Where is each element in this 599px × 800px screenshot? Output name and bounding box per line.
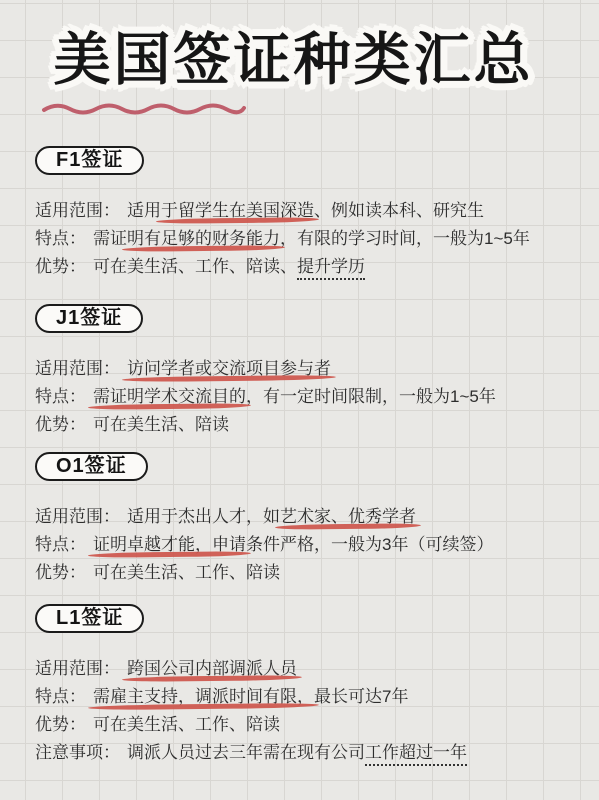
row-text: 调派人员过去三年需在现有公司 (127, 743, 365, 762)
info-row: 特点：需证明有足够的财务能力，有限的学习时间，一般为1~5年 (35, 225, 575, 253)
section-badge-l1: L1签证 (35, 604, 144, 633)
section-badge-j1: J1签证 (35, 304, 143, 333)
row-text: 需证 (93, 229, 127, 248)
section-badge-f1: F1签证 (35, 146, 144, 175)
info-row: 适用范围：访问学者或交流项目参与者 (35, 355, 575, 383)
row-label: 优势： (35, 257, 86, 276)
row-text: 适用 (127, 201, 161, 220)
info-row: 特点：需雇主支持，调派时间有限，最长可达7年 (35, 683, 575, 711)
row-label: 适用范围： (35, 659, 120, 678)
row-text: 条件严格，一般为3年（可续签） (246, 535, 493, 554)
row-text: 、例如读本科、研究生 (314, 201, 484, 220)
dotted-underlined-text: 提升学历 (297, 257, 365, 280)
red-underlined-text: 证明卓越才能，申请 (93, 535, 246, 554)
red-underlined-text: 需证明学术交流目的 (93, 387, 246, 406)
row-label: 特点： (35, 229, 86, 248)
red-underlined-text: 于留学生在美国深造 (161, 201, 314, 220)
section-rows: 适用范围：适用于杰出人才，如艺术家、优秀学者特点：证明卓越才能，申请条件严格，一… (35, 503, 575, 587)
row-text: 最长可达7年 (314, 687, 408, 706)
info-row: 优势：可在美生活、工作、陪读 (35, 711, 575, 739)
info-row: 适用范围：适用于杰出人才，如艺术家、优秀学者 (35, 503, 575, 531)
red-underlined-text: 明有足够的财务能力 (127, 229, 280, 248)
info-row: 优势：可在美生活、工作、陪读 (35, 559, 575, 587)
section-rows: 适用范围：跨国公司内部调派人员特点：需雇主支持，调派时间有限，最长可达7年优势：… (35, 655, 575, 767)
row-label: 特点： (35, 687, 86, 706)
row-text: 可在美生活、陪读 (93, 415, 229, 434)
section-rows: 适用范围：适用于留学生在美国深造、例如读本科、研究生特点：需证明有足够的财务能力… (35, 197, 575, 281)
row-text: ，有一定时间限制，一般为1~5年 (246, 387, 496, 406)
row-label: 优势： (35, 563, 86, 582)
row-text: 可在美生活、工作、陪读 (93, 715, 280, 734)
row-label: 适用范围： (35, 201, 120, 220)
row-text: 可在美生活、工作、陪读、 (93, 257, 297, 276)
row-label: 特点： (35, 535, 86, 554)
red-underlined-text: 跨国公司内部调派人员 (127, 659, 297, 678)
row-label: 适用范围： (35, 507, 120, 526)
row-label: 特点： (35, 387, 86, 406)
row-label: 注意事项： (35, 743, 120, 762)
visa-section-f1: F1签证适用范围：适用于留学生在美国深造、例如读本科、研究生特点：需证明有足够的… (35, 146, 575, 281)
red-underlined-text: 需雇主支持，调派时间有限， (93, 687, 314, 706)
row-text: ，有限的学习时间，一般为1~5年 (280, 229, 530, 248)
row-text: 适用于杰出人才，如 (127, 507, 280, 526)
dotted-underlined-text: 工作超过一年 (365, 743, 467, 766)
visa-section-l1: L1签证适用范围：跨国公司内部调派人员特点：需雇主支持，调派时间有限，最长可达7… (35, 604, 575, 767)
info-row: 适用范围：适用于留学生在美国深造、例如读本科、研究生 (35, 197, 575, 225)
sections: F1签证适用范围：适用于留学生在美国深造、例如读本科、研究生特点：需证明有足够的… (0, 0, 599, 800)
row-label: 优势： (35, 715, 86, 734)
visa-section-j1: J1签证适用范围：访问学者或交流项目参与者特点：需证明学术交流目的，有一定时间限… (35, 304, 575, 439)
section-badge-o1: O1签证 (35, 452, 148, 481)
visa-section-o1: O1签证适用范围：适用于杰出人才，如艺术家、优秀学者特点：证明卓越才能，申请条件… (35, 452, 575, 587)
info-row: 特点：证明卓越才能，申请条件严格，一般为3年（可续签） (35, 531, 575, 559)
section-rows: 适用范围：访问学者或交流项目参与者特点：需证明学术交流目的，有一定时间限制，一般… (35, 355, 575, 439)
info-row: 优势：可在美生活、陪读 (35, 411, 575, 439)
info-row: 优势：可在美生活、工作、陪读、提升学历 (35, 253, 575, 281)
red-underlined-text: 艺术家、优秀学者 (280, 507, 416, 526)
red-underlined-text: 访问学者或交流项目参与者 (127, 359, 331, 378)
info-row: 适用范围：跨国公司内部调派人员 (35, 655, 575, 683)
row-text: 可在美生活、工作、陪读 (93, 563, 280, 582)
info-row: 注意事项：调派人员过去三年需在现有公司工作超过一年 (35, 739, 575, 767)
row-label: 适用范围： (35, 359, 120, 378)
poster-page: 美国签证种类汇总 F1签证适用范围：适用于留学生在美国深造、例如读本科、研究生特… (0, 0, 599, 800)
row-label: 优势： (35, 415, 86, 434)
info-row: 特点：需证明学术交流目的，有一定时间限制，一般为1~5年 (35, 383, 575, 411)
